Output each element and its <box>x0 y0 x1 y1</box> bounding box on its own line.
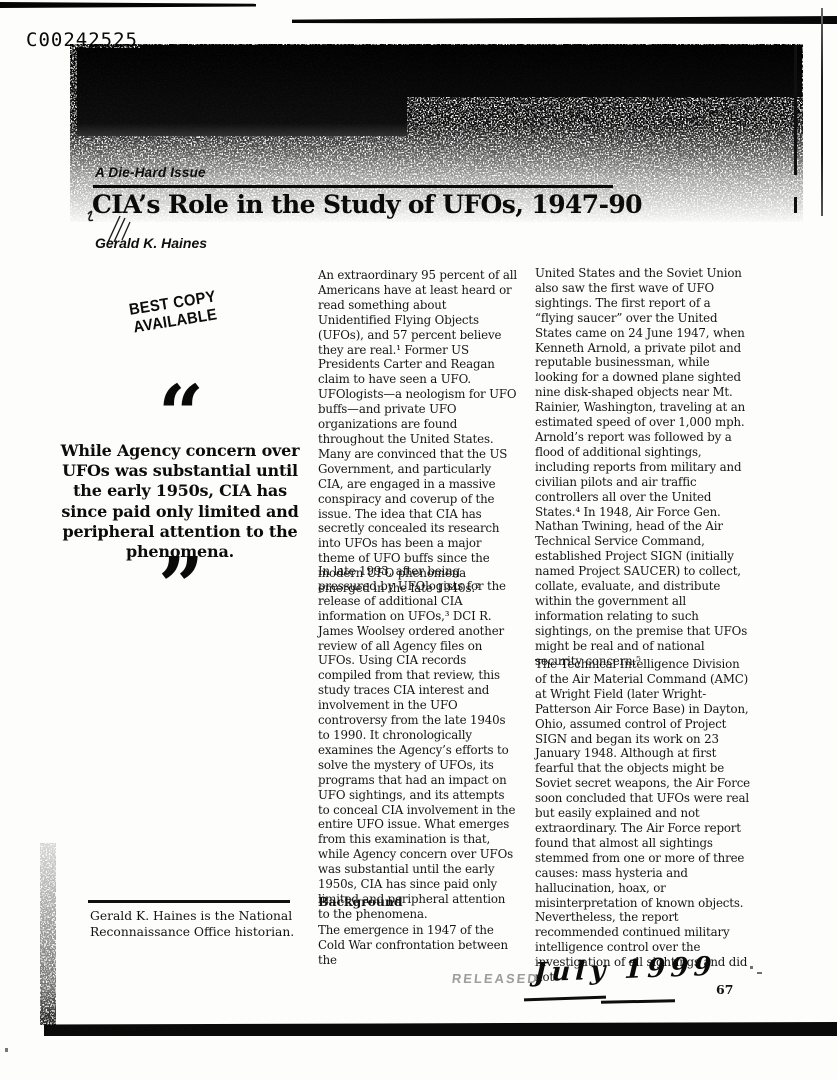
scan-speckle-strip <box>40 843 56 1025</box>
article-title: CIA’s Role in the Study of UFOs, 1947-90 <box>92 190 732 219</box>
handwritten-underline <box>524 996 606 1002</box>
article-kicker: A Die-Hard Issue <box>95 165 206 180</box>
author-footnote: Gerald K. Haines is the National Reconna… <box>90 909 298 940</box>
pull-quote-line: the early 1950s, CIA has <box>50 481 310 501</box>
handwritten-underline <box>601 999 675 1004</box>
scanned-document-page: C00242525 <box>0 0 837 1080</box>
scan-artifact-page-edge-line <box>821 8 823 216</box>
column1-paragraph-1: An extraordinary 95 percent of all Ameri… <box>318 268 519 596</box>
footnote-rule <box>88 900 290 903</box>
scan-artifact-top-right-line <box>292 16 837 24</box>
released-stamp: RELEASED <box>451 971 539 986</box>
best-copy-available-stamp: BEST COPY AVAILABLE <box>118 287 229 339</box>
scan-artifact-bottom-band <box>44 1022 837 1036</box>
open-quote-mark: “ <box>55 388 305 440</box>
pull-quote-line: UFOs was substantial until <box>50 461 310 481</box>
pull-quote-line: While Agency concern over <box>50 441 310 461</box>
column2-paragraph-2: The Technical Intelligence Division of t… <box>535 657 751 985</box>
close-quote-mark: ” <box>55 560 305 612</box>
handwritten-release-date: July 1999 <box>534 952 718 988</box>
section-heading-background: Background <box>318 894 403 909</box>
header-rule <box>93 185 613 188</box>
pull-quote-line: since paid only limited and <box>50 502 310 522</box>
column2-paragraph-1: United States and the Soviet Union also … <box>535 266 751 668</box>
page-number: 67 <box>716 982 733 997</box>
column1-paragraph-2: In late 1993, after being pressured by U… <box>318 564 519 922</box>
scan-speckle <box>5 1048 8 1052</box>
scan-artifact-vertical-line <box>794 45 797 175</box>
column1-paragraph-3: The emergence in 1947 of the Cold War co… <box>318 923 519 968</box>
article-author: Gerald K. Haines <box>95 235 207 251</box>
scan-artifact-top-left-line <box>0 2 256 8</box>
scan-artifact-vertical-dash <box>794 197 797 213</box>
